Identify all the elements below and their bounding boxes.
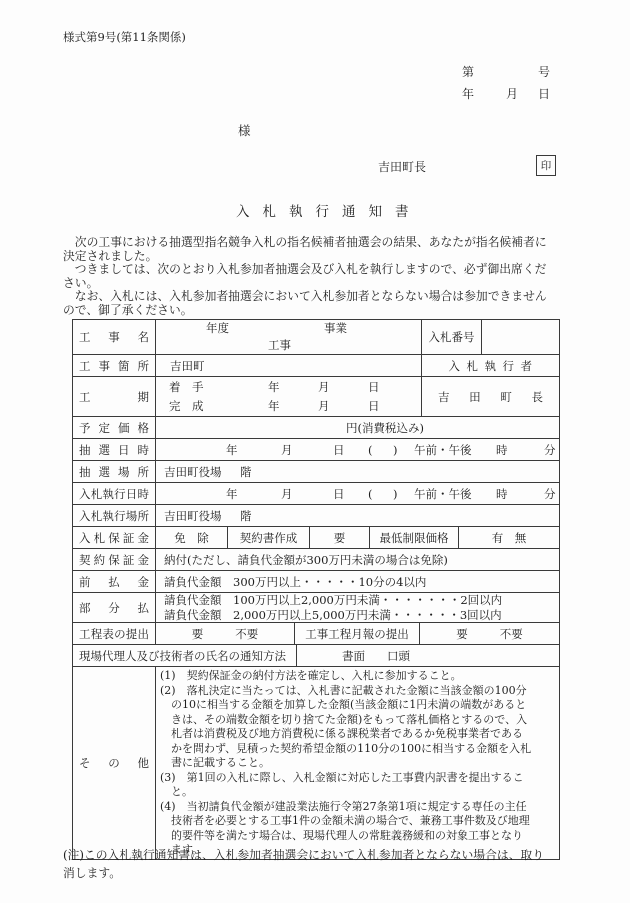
sonota-content-cell: (1) 契約保証金の納付方法を確定し、入札に参加すること。 (2) 落札決定に当…: [155, 667, 559, 859]
floor-label: 階: [240, 508, 252, 524]
koji-basho-value-cell: 吉田町: [155, 355, 421, 376]
koteihyo-label: 工程表の提出: [79, 626, 149, 642]
koji-mei-label: 工事名: [79, 329, 149, 345]
shikko-basho-label: 入札執行場所: [79, 508, 149, 524]
saitei-seigen-label: 最低制限価格: [380, 530, 449, 546]
shikko-basho-value: 吉田町役場: [164, 508, 222, 524]
sonota-line: と。: [156, 785, 559, 800]
date-month-label: 月: [506, 85, 518, 102]
koji-mei-label-cell: 工事名: [73, 320, 155, 354]
bubunbarai-label: 部分払: [79, 600, 149, 616]
yotei-label: 予定価格: [79, 420, 149, 436]
maebarai-label: 前払金: [79, 574, 149, 590]
intro-line: ので、御了承ください。: [63, 304, 583, 318]
chusen-nichiji-label-cell: 抽選日時: [73, 439, 155, 460]
minute-label: 分: [544, 442, 556, 458]
jigyo-label: 事業: [324, 320, 347, 337]
bubunbarai-value-cell: 請負代金額 100万円以上2,000万円未満・・・・・・・2回以内 請負代金額 …: [155, 593, 559, 622]
month-label: 月: [281, 486, 293, 502]
exec-officer-cell: 入札執行者: [421, 355, 559, 376]
genba-options-cell: 書面 口頭: [296, 645, 559, 666]
date-day-label: 日: [538, 85, 550, 102]
intro-line: なお、入札には、入札参加者抽選会において入札参加者とならない場合は参加できません: [63, 290, 583, 304]
chusen-basho-label: 抽選場所: [79, 464, 149, 480]
sonota-line: 書に記載すること。: [156, 756, 559, 771]
yotei-value: 円(消費税込み): [346, 420, 424, 436]
year-label: 年: [226, 486, 238, 502]
chusen-basho-value-cell: 吉田町役場 階: [155, 461, 559, 482]
row-hoshokin: 入札保証金 免 除 契約書作成 要 最低制限価格 有 無: [73, 526, 559, 548]
koki-label-cell: 工期: [73, 377, 155, 416]
sonota-line: かを問わず、見積った契約希望金額の110分の100に相当する金額を入札: [156, 742, 559, 757]
koteihyo-label-cell: 工程表の提出: [73, 623, 155, 644]
genba-label: 現場代理人及び技術者の氏名の通知方法: [79, 648, 286, 664]
floor-label: 階: [240, 464, 252, 480]
kansei-label: 完 成: [169, 397, 204, 416]
nendo-label: 年度: [206, 320, 229, 337]
yotei-label-cell: 予定価格: [73, 417, 155, 438]
sonota-line: きは、その端数金額を切り捨てた金額)をもって落札価格とするので、入: [156, 713, 559, 728]
koteihyo-options-cell: 要 不要: [155, 623, 294, 644]
month-label: 月: [318, 397, 330, 416]
bubunbarai-label-cell: 部分払: [73, 593, 155, 622]
koki-label: 工期: [79, 389, 149, 405]
umu-cell: 有 無: [458, 527, 559, 548]
seal-icon: 印: [536, 155, 556, 176]
sonota-line: (2) 落札決定に当たっては、入札書に記載された金額に当該金額の100分: [156, 684, 559, 699]
year-label: 年: [268, 378, 280, 397]
koki-value-cell: 着 手 年 月 日 完 成 年 月 日: [155, 377, 421, 416]
geppo-label: 工事工程月報の提出: [305, 626, 409, 642]
form-number: 様式第9号(第11条関係): [63, 29, 186, 45]
footer-note-line: 消します。: [63, 865, 583, 883]
row-chusen-nichiji: 抽選日時 年 月 日 ( ) 午前・午後 時 分: [73, 438, 559, 460]
row-koji-mei: 工事名 年度事業 工事 入札番号: [73, 320, 559, 354]
row-maebarai: 前払金 請負代金額 300万円以上・・・・・10分の4以内: [73, 570, 559, 592]
mayor-cell: 吉田町長: [421, 377, 559, 416]
hour-label: 時: [496, 486, 508, 502]
chusen-nichiji-value-cell: 年 月 日 ( ) 午前・午後 時 分: [155, 439, 559, 460]
yo-option: 要: [456, 626, 468, 642]
hoshokin-label: 入札保証金: [79, 530, 149, 546]
keiyaku-value-cell: 納付(ただし、請負代金額が300万円未満の場合は免除): [155, 549, 559, 570]
maebarai-value: 請負代金額 300万円以上・・・・・10分の4以内: [164, 574, 426, 590]
koji-label: 工事: [268, 337, 291, 354]
keiyakusho-sakusei-label: 契約書作成: [240, 530, 298, 546]
shomen-option: 書面: [342, 648, 365, 664]
sonota-label-cell: その他: [73, 667, 155, 859]
day-label: 日: [333, 486, 345, 502]
row-yotei-kakaku: 予定価格 円(消費税込み): [73, 416, 559, 438]
month-label: 月: [281, 442, 293, 458]
intro-line: さい。: [63, 277, 583, 291]
row-koki: 工期 着 手 年 月 日 完 成 年 月 日 吉田町長: [73, 376, 559, 416]
sonota-line: 札者は消費税及び地方消費税に係る課税業者であるか免税事業者である: [156, 727, 559, 742]
chusen-nichiji-label: 抽選日時: [79, 442, 149, 458]
koji-basho-label: 工事箇所: [79, 358, 149, 374]
sonota-line: (1) 契約保証金の納付方法を確定し、入札に参加すること。: [156, 669, 559, 684]
nyusatsu-bango-label-cell: 入札番号: [421, 320, 481, 354]
am-pm-label: 午前・午後: [414, 442, 472, 458]
sonota-label: その他: [79, 755, 149, 771]
shikko-nichiji-label-cell: 入札執行日時: [73, 483, 155, 504]
intro-line: 決定されました。: [63, 250, 583, 264]
sonota-line: (4) 当初請負代金額が建設業法施行令第27条第1項に規定する専任の主任: [156, 800, 559, 815]
hoshokin-menjo-cell: 免 除: [155, 527, 227, 548]
document-page: 様式第9号(第11条関係) 第 号 年 月 日 様 吉田町長 印 入札執行通知書…: [0, 0, 630, 903]
date-year-label: 年: [462, 85, 474, 102]
keiyaku-label: 契約保証金: [79, 552, 149, 568]
chusen-basho-value: 吉田町役場: [164, 464, 222, 480]
koto-option: 口頭: [387, 648, 410, 664]
mayor-label: 吉田町長: [438, 389, 543, 405]
yo-option: 要: [192, 626, 204, 642]
intro-paragraphs: 次の工事における抽選型指名競争入札の指名候補者抽選会の結果、あなたが指名候補者に…: [63, 236, 583, 317]
notice-table: 工事名 年度事業 工事 入札番号 工事箇所 吉田町 入札執行者 工期 着 手 年…: [72, 319, 560, 860]
menjo-option: 免 除: [174, 530, 209, 546]
year-label: 年: [226, 442, 238, 458]
row-koteihyo: 工程表の提出 要 不要 工事工程月報の提出 要 不要: [73, 622, 559, 644]
sonota-line: 技術者を必要とする工事1件の金額未満の場合で、兼務工事件数及び地理: [156, 814, 559, 829]
row-koji-basho: 工事箇所 吉田町 入札執行者: [73, 354, 559, 376]
paren-open: (: [368, 443, 373, 457]
umu-option: 有 無: [492, 530, 527, 546]
row-sonota: その他 (1) 契約保証金の納付方法を確定し、入札に参加すること。 (2) 落札…: [73, 666, 559, 859]
paren-close: ): [393, 443, 398, 457]
hour-label: 時: [496, 442, 508, 458]
genba-label-cell: 現場代理人及び技術者の氏名の通知方法: [73, 645, 296, 666]
chakushu-label: 着 手: [169, 378, 204, 397]
intro-line: 次の工事における抽選型指名競争入札の指名候補者抽選会の結果、あなたが指名候補者に: [63, 236, 583, 250]
month-label: 月: [318, 378, 330, 397]
addressee-suffix: 様: [238, 121, 251, 139]
koji-basho-value: 吉田町: [170, 358, 205, 374]
row-shikko-nichiji: 入札執行日時 年 月 日 ( ) 午前・午後 時 分: [73, 482, 559, 504]
minute-label: 分: [544, 486, 556, 502]
maebarai-label-cell: 前払金: [73, 571, 155, 592]
saitei-seigen-cell: 最低制限価格: [369, 527, 458, 548]
day-label: 日: [368, 397, 380, 416]
sonota-line: 的要件等を満たす場合は、現場代理人の常駐義務緩和の対象工事となり: [156, 829, 559, 844]
shikko-basho-value-cell: 吉田町役場 階: [155, 505, 559, 526]
am-pm-label: 午前・午後: [414, 486, 472, 502]
bubunbarai-line1: 請負代金額 100万円以上2,000万円未満・・・・・・・2回以内: [164, 593, 551, 608]
shikko-nichiji-label: 入札執行日時: [79, 486, 149, 502]
row-keiyaku-hoshokin: 契約保証金 納付(ただし、請負代金額が300万円未満の場合は免除): [73, 548, 559, 570]
fuyo-option: 不要: [235, 626, 258, 642]
keiyakusho-sakusei-cell: 契約書作成: [227, 527, 309, 548]
row-genba-dairinin: 現場代理人及び技術者の氏名の通知方法 書面 口頭: [73, 644, 559, 666]
doc-number-prefix: 第: [462, 63, 474, 80]
footer-note: (注)この入札執行通知書は、入札参加者抽選会において入札参加者とならない場合は、…: [63, 847, 583, 882]
bubunbarai-line2: 請負代金額 2,000万円以上5,000万円未満・・・・・・3回以内: [164, 608, 551, 623]
keiyakusho-yo-cell: 要: [309, 527, 369, 548]
keiyaku-label-cell: 契約保証金: [73, 549, 155, 570]
page-title: 入札執行通知書: [236, 200, 422, 220]
footer-note-line: (注)この入札執行通知書は、入札参加者抽選会において入札参加者とならない場合は、…: [63, 847, 583, 865]
koji-mei-value-cell: 年度事業 工事: [155, 320, 421, 354]
koji-basho-label-cell: 工事箇所: [73, 355, 155, 376]
nyusatsu-bango-value-cell: [481, 320, 559, 354]
fuyo-option: 不要: [500, 626, 523, 642]
doc-number-suffix: 号: [538, 63, 550, 80]
paren-open: (: [368, 487, 373, 501]
shikko-basho-label-cell: 入札執行場所: [73, 505, 155, 526]
keiyaku-value: 納付(ただし、請負代金額が300万円未満の場合は免除): [164, 552, 448, 568]
sender-name: 吉田町長: [378, 158, 426, 175]
intro-line: つきましては、次のとおり入札参加者抽選会及び入札を執行しますので、必ず御出席くだ: [63, 263, 583, 277]
paren-close: ): [393, 487, 398, 501]
geppo-options-cell: 要 不要: [419, 623, 559, 644]
day-label: 日: [333, 442, 345, 458]
geppo-label-cell: 工事工程月報の提出: [294, 623, 419, 644]
yo-option: 要: [334, 530, 346, 546]
yotei-value-cell: 円(消費税込み): [155, 417, 559, 438]
row-chusen-basho: 抽選場所 吉田町役場 階: [73, 460, 559, 482]
shikko-nichiji-value-cell: 年 月 日 ( ) 午前・午後 時 分: [155, 483, 559, 504]
hoshokin-label-cell: 入札保証金: [73, 527, 155, 548]
row-bubunbarai: 部分払 請負代金額 100万円以上2,000万円未満・・・・・・・2回以内 請負…: [73, 592, 559, 622]
row-shikko-basho: 入札執行場所 吉田町役場 階: [73, 504, 559, 526]
chusen-basho-label-cell: 抽選場所: [73, 461, 155, 482]
nyusatsu-bango-label: 入札番号: [429, 329, 475, 345]
year-label: 年: [268, 397, 280, 416]
maebarai-value-cell: 請負代金額 300万円以上・・・・・10分の4以内: [155, 571, 559, 592]
sonota-line: (3) 第1回の入札に際し、入札金額に対応した工事費内訳書を提出するこ: [156, 771, 559, 786]
day-label: 日: [368, 378, 380, 397]
exec-officer-label: 入札執行者: [449, 358, 539, 374]
sonota-line: の10に相当する金額を加算した金額(当該金額に1円未満の端数があると: [156, 698, 559, 713]
